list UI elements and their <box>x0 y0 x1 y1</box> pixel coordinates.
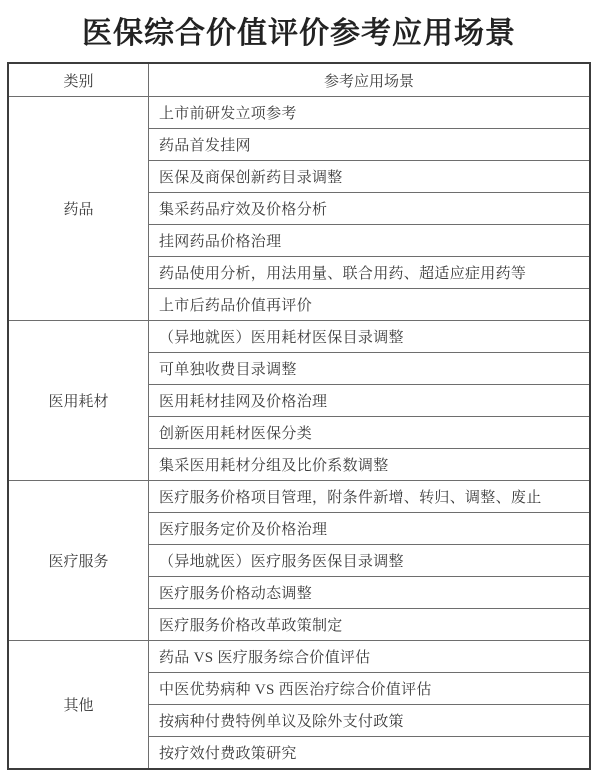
scenario-cell: （异地就医）医疗服务医保目录调整 <box>149 545 591 577</box>
column-header-scenario: 参考应用场景 <box>149 63 591 97</box>
page-title: 医保综合价值评价参考应用场景 <box>0 6 598 62</box>
scenario-cell: 药品使用分析，用法用量、联合用药、超适应症用药等 <box>149 257 591 289</box>
header-row: 类别 参考应用场景 <box>8 63 590 97</box>
scenario-cell: 医疗服务价格动态调整 <box>149 577 591 609</box>
scenario-cell: 医保及商保创新药目录调整 <box>149 161 591 193</box>
scenario-cell: 可单独收费目录调整 <box>149 353 591 385</box>
table-row: 医疗服务医疗服务价格项目管理，附条件新增、转归、调整、废止 <box>8 481 590 513</box>
table-header: 类别 参考应用场景 <box>8 63 590 97</box>
table-body: 药品上市前研发立项参考药品首发挂网医保及商保创新药目录调整集采药品疗效及价格分析… <box>8 97 590 770</box>
scenario-cell: 医用耗材挂网及价格治理 <box>149 385 591 417</box>
scenario-cell: 上市后药品价值再评价 <box>149 289 591 321</box>
scenario-cell: 集采医用耗材分组及比价系数调整 <box>149 449 591 481</box>
table-row: 医用耗材（异地就医）医用耗材医保目录调整 <box>8 321 590 353</box>
scenario-table: 类别 参考应用场景 药品上市前研发立项参考药品首发挂网医保及商保创新药目录调整集… <box>7 62 591 770</box>
scenario-cell: 按疗效付费政策研究 <box>149 737 591 770</box>
table-row: 药品上市前研发立项参考 <box>8 97 590 129</box>
scenario-cell: （异地就医）医用耗材医保目录调整 <box>149 321 591 353</box>
scenario-cell: 上市前研发立项参考 <box>149 97 591 129</box>
table-row: 其他药品 VS 医疗服务综合价值评估 <box>8 641 590 673</box>
category-cell: 医疗服务 <box>8 481 149 641</box>
scenario-cell: 医疗服务价格改革政策制定 <box>149 609 591 641</box>
scenario-cell: 药品 VS 医疗服务综合价值评估 <box>149 641 591 673</box>
category-cell: 其他 <box>8 641 149 770</box>
category-cell: 医用耗材 <box>8 321 149 481</box>
scenario-cell: 挂网药品价格治理 <box>149 225 591 257</box>
scenario-cell: 医疗服务定价及价格治理 <box>149 513 591 545</box>
scenario-cell: 中医优势病种 VS 西医治疗综合价值评估 <box>149 673 591 705</box>
scenario-cell: 集采药品疗效及价格分析 <box>149 193 591 225</box>
scenario-cell: 创新医用耗材医保分类 <box>149 417 591 449</box>
column-header-category: 类别 <box>8 63 149 97</box>
scenario-cell: 药品首发挂网 <box>149 129 591 161</box>
scenario-cell: 医疗服务价格项目管理，附条件新增、转归、调整、废止 <box>149 481 591 513</box>
scenario-cell: 按病种付费特例单议及除外支付政策 <box>149 705 591 737</box>
category-cell: 药品 <box>8 97 149 321</box>
